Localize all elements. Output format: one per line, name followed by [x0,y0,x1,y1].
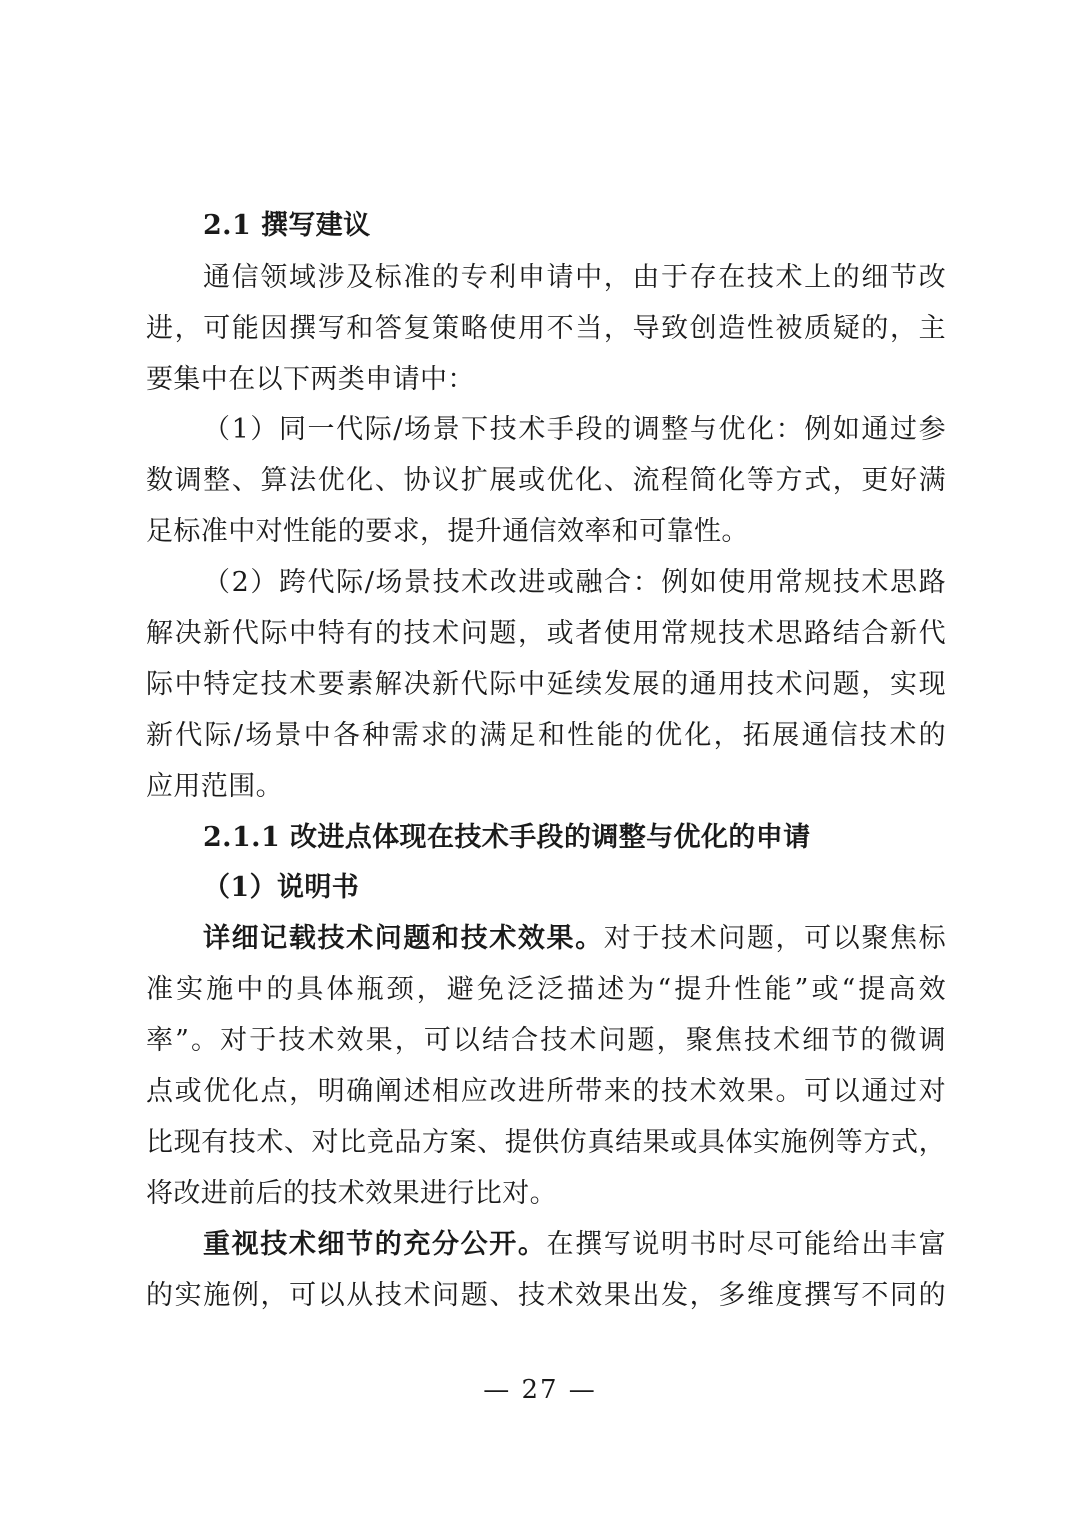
paragraph-line: 率”。对于技术效果，可以结合技术问题，聚焦技术细节的微调 [146,1023,946,1059]
list-item-2-line: 际中特定技术要素解决新代际中延续发展的通用技术问题，实现 [146,667,946,703]
paragraph-line: 进，可能因撰写和答复策略使用不当，导致创造性被质疑的，主 [146,311,946,347]
bold-lead-sentence: 详细记载技术问题和技术效果。 [203,923,604,954]
bold-lead-sentence: 重视技术细节的充分公开。 [203,1229,546,1260]
subsection-heading-specification: （1）说明书 [203,870,946,906]
section-heading-2-1-1: 2.1.1 改进点体现在技术手段的调整与优化的申请 [203,820,946,856]
list-item-2-line: 应用范围。 [146,769,946,805]
section-heading-2-1: 2.1 撰写建议 [203,208,946,244]
paragraph-text: 在撰写说明书时尽可能给出丰富 [546,1229,946,1260]
list-item-1-line: 足标准中对性能的要求，提升通信效率和可靠性。 [146,514,946,550]
list-item-1-line: （1）同一代际/场景下技术手段的调整与优化：例如通过参 [203,412,946,448]
paragraph-line: 要集中在以下两类申请中： [146,362,946,398]
paragraph-text: 对于技术问题，可以聚焦标 [604,923,946,954]
paragraph-line: 准实施中的具体瓶颈，避免泛泛描述为“提升性能”或“提高效 [146,972,946,1008]
paragraph-line: 点或优化点，明确阐述相应改进所带来的技术效果。可以通过对 [146,1074,946,1110]
paragraph-line: 通信领域涉及标准的专利申请中，由于存在技术上的细节改 [203,260,946,296]
paragraph-line: 详细记载技术问题和技术效果。对于技术问题，可以聚焦标 [203,921,946,957]
list-item-2-line: 新代际/场景中各种需求的满足和性能的优化，拓展通信技术的 [146,718,946,754]
paragraph-line: 的实施例，可以从技术问题、技术效果出发，多维度撰写不同的 [146,1278,946,1314]
paragraph-line: 将改进前后的技术效果进行比对。 [146,1176,946,1212]
list-item-2-line: （2）跨代际/场景技术改进或融合：例如使用常规技术思路 [203,565,946,601]
document-page: 2.1 撰写建议 通信领域涉及标准的专利申请中，由于存在技术上的细节改 进，可能… [0,0,1080,1527]
paragraph-line: 重视技术细节的充分公开。在撰写说明书时尽可能给出丰富 [203,1227,946,1263]
page-number: — 27 — [0,1372,1080,1408]
paragraph-line: 比现有技术、对比竞品方案、提供仿真结果或具体实施例等方式， [146,1125,946,1161]
list-item-1-line: 数调整、算法优化、协议扩展或优化、流程简化等方式，更好满 [146,463,946,499]
list-item-2-line: 解决新代际中特有的技术问题，或者使用常规技术思路结合新代 [146,616,946,652]
